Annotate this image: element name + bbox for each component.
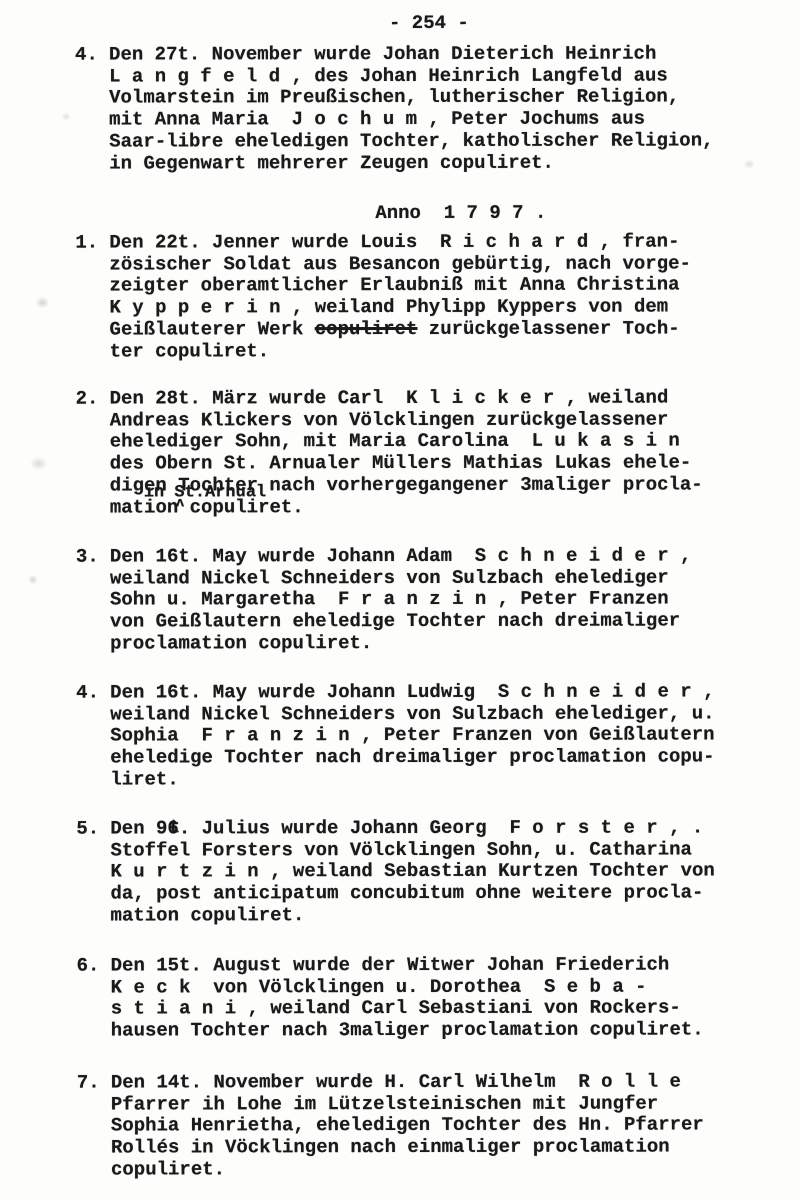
struck-out-word: copuliret xyxy=(315,318,418,340)
first-line-post: . Julius wurde Johann Georg F o r s t e … xyxy=(179,816,704,839)
entry-text: Den 16t. May wurde Johann Adam S c h n e… xyxy=(110,545,750,655)
interlinear-insertion: in St.Arnual xyxy=(144,484,266,501)
marriage-entry-1797-5: 5. Den 96t. Julius wurde Johann Georg F … xyxy=(76,817,786,927)
entry-text: Den 15t. August wurde der Witwer Johan F… xyxy=(111,954,751,1042)
entry-number: 4. xyxy=(76,683,110,792)
scanned-register-page: - 254 - 4. Den 27t. November wurde Johan… xyxy=(0,0,800,1200)
entry-text: Den 16t. May wurde Johann Ludwig S c h n… xyxy=(110,681,750,791)
scan-smudge xyxy=(61,113,71,121)
entry-text: Den 14t. November wurde H. Carl Wilhelm … xyxy=(111,1071,751,1181)
marriage-entry-1796-4: 4. Den 27t. November wurde Johan Dieteri… xyxy=(75,43,785,174)
entry-number: 2. xyxy=(76,389,110,519)
entry-text-first-line: Den 96t. Julius wurde Johann Georg F o r… xyxy=(110,817,750,840)
marriage-entry-1797-2: 2. Den 28t. März wurde Carl K l i c k e … xyxy=(76,387,786,518)
entry-text: Den 22t. Jenner wurde Louis R i c h a r … xyxy=(109,231,749,319)
entry-text-last-line: ter copuliret. xyxy=(110,340,750,363)
entry-text-strike-line: Geißlauterer Werk copuliret zurückgelass… xyxy=(110,318,750,341)
entry-number: 3. xyxy=(76,547,110,656)
strike-line-post: zurückgelassener Toch- xyxy=(417,317,679,339)
entry-number: 4. xyxy=(75,45,109,175)
overstrike-character: 6t xyxy=(167,818,178,840)
overstrike-top: t xyxy=(169,817,180,839)
scan-smudge xyxy=(35,297,49,309)
marriage-entry-1797-6: 6. Den 15t. August wurde der Witwer Joha… xyxy=(77,954,787,1042)
entry-number: 1. xyxy=(75,233,109,363)
marriage-entry-1797-3: 3. Den 16t. May wurde Johann Adam S c h … xyxy=(76,545,786,655)
entry-number: 6. xyxy=(77,956,111,1043)
insertion-caret-mark: ʌ xyxy=(176,496,184,510)
marriage-entry-1797-4: 4. Den 16t. May wurde Johann Ludwig S c … xyxy=(76,681,786,791)
page-number: - 254 - xyxy=(389,13,469,35)
marriage-entry-1797-1: 1. Den 22t. Jenner wurde Louis R i c h a… xyxy=(75,231,785,362)
entry-text: Den 27t. November wurde Johan Dieterich … xyxy=(109,43,749,174)
anno-1797-heading: Anno 1 7 9 7 . xyxy=(375,203,546,225)
first-line-pre: Den 9 xyxy=(110,817,167,839)
entry-text: Stoffel Forsters von Völcklingen Sohn, u… xyxy=(110,839,750,927)
strike-line-pre: Geißlauterer Werk xyxy=(110,318,315,340)
entry-number: 7. xyxy=(77,1073,111,1182)
scan-smudge xyxy=(30,457,48,471)
scan-smudge xyxy=(28,575,38,585)
marriage-entry-1797-7: 7. Den 14t. November wurde H. Carl Wilhe… xyxy=(77,1071,787,1181)
entry-number: 5. xyxy=(76,819,110,928)
